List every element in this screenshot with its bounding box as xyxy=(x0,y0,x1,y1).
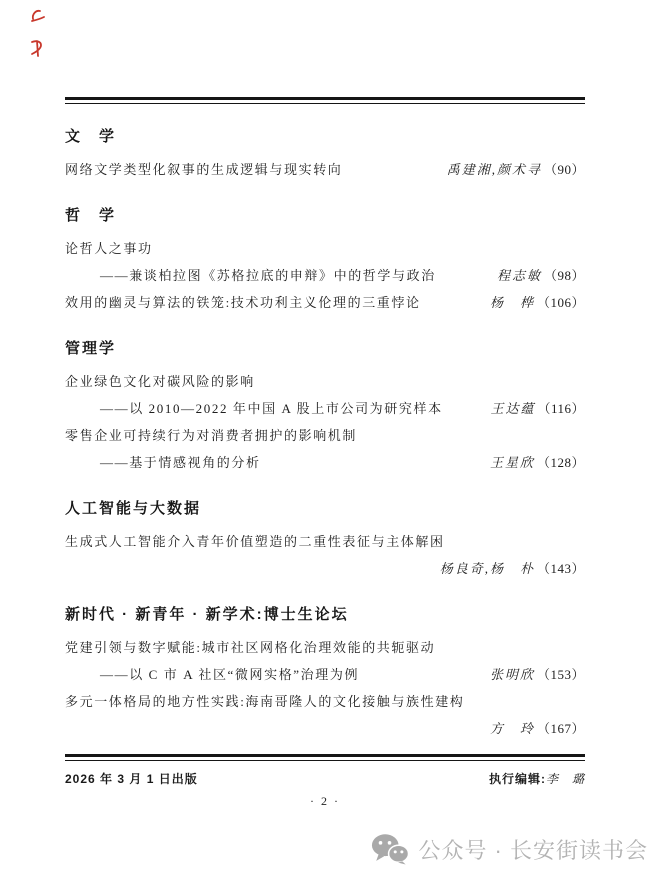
entry-title: 网络文学类型化叙事的生成逻辑与现实转向 xyxy=(65,156,342,183)
toc-entry: 杨良奇,杨 朴（143） xyxy=(65,555,585,582)
entry-byline: 方 玲（167） xyxy=(490,715,585,742)
entry-subtitle: ——以 C 市 A 社区“微网实格”治理为例 xyxy=(65,661,359,688)
entry-page-number: （167） xyxy=(537,721,585,736)
section-heading: 哲 学 xyxy=(65,205,585,227)
toc-entry: ——基于情感视角的分析 王星欣（128） xyxy=(65,449,585,476)
page-number: · 2 · xyxy=(65,794,585,809)
entry-page-number: （116） xyxy=(537,401,585,416)
toc-entry: 零售企业可持续行为对消费者拥护的影响机制 xyxy=(65,422,585,449)
entry-byline: 杨良奇,杨 朴（143） xyxy=(440,555,585,582)
editor-name: 李 璐 xyxy=(546,772,585,786)
top-divider xyxy=(65,97,585,104)
wechat-icon xyxy=(371,833,409,865)
red-annotation-mark xyxy=(28,39,46,63)
toc-entry: ——以 2010—2022 年中国 A 股上市公司为研究样本 王达蕴（116） xyxy=(65,395,585,422)
toc-page: 文 学 网络文学类型化叙事的生成逻辑与现实转向 禹建湘,颜术寻（90） 哲 学 … xyxy=(65,97,585,809)
entry-authors: 张明欣 xyxy=(490,667,535,682)
entry-byline xyxy=(583,528,585,555)
entry-title: 生成式人工智能介入青年价值塑造的二重性表征与主体解困 xyxy=(65,528,445,555)
entry-authors: 杨良奇,杨 朴 xyxy=(440,561,535,576)
entry-byline: 禹建湘,颜术寻（90） xyxy=(447,156,585,183)
entry-authors: 王达蕴 xyxy=(490,401,535,416)
executive-editor: 执行编辑:李 璐 xyxy=(489,770,585,787)
entry-byline: 张明欣（153） xyxy=(490,661,585,688)
publish-date: 2026 年 3 月 1 日出版 xyxy=(65,770,198,787)
entry-subtitle: ——兼谈柏拉图《苏格拉底的申辩》中的哲学与政治 xyxy=(65,262,436,289)
toc-section-management: 管理学 企业绿色文化对碳风险的影响 ——以 2010—2022 年中国 A 股上… xyxy=(65,338,585,476)
entry-page-number: （98） xyxy=(544,268,585,283)
entry-page-number: （106） xyxy=(537,295,585,310)
entry-authors: 程志敏 xyxy=(497,268,542,283)
toc-entry: 生成式人工智能介入青年价值塑造的二重性表征与主体解困 xyxy=(65,528,585,555)
toc-section-literature: 文 学 网络文学类型化叙事的生成逻辑与现实转向 禹建湘,颜术寻（90） xyxy=(65,126,585,183)
toc-entry: 多元一体格局的地方性实践:海南哥隆人的文化接触与族性建构 xyxy=(65,688,585,715)
entry-authors: 杨 桦 xyxy=(490,295,535,310)
watermark: 公众号 · 长安街读书会 xyxy=(371,833,648,865)
toc-entry: ——以 C 市 A 社区“微网实格”治理为例 张明欣（153） xyxy=(65,661,585,688)
toc-entry: 网络文学类型化叙事的生成逻辑与现实转向 禹建湘,颜术寻（90） xyxy=(65,156,585,183)
entry-authors: 方 玲 xyxy=(490,721,535,736)
entry-title: 企业绿色文化对碳风险的影响 xyxy=(65,368,255,395)
toc-entry: ——兼谈柏拉图《苏格拉底的申辩》中的哲学与政治 程志敏（98） xyxy=(65,262,585,289)
toc-entry: 论哲人之事功 xyxy=(65,235,585,262)
entry-page-number: （153） xyxy=(537,667,585,682)
entry-byline: 王星欣（128） xyxy=(490,449,585,476)
section-heading: 人工智能与大数据 xyxy=(65,498,585,520)
entry-byline xyxy=(583,688,585,715)
entry-byline xyxy=(583,368,585,395)
entry-subtitle: ——基于情感视角的分析 xyxy=(65,449,261,476)
section-heading: 新时代 · 新青年 · 新学术:博士生论坛 xyxy=(65,604,585,626)
entry-title: 效用的幽灵与算法的铁笼:技术功利主义伦理的三重悖论 xyxy=(65,289,421,316)
entry-title: 论哲人之事功 xyxy=(65,235,153,262)
entry-subtitle: ——以 2010—2022 年中国 A 股上市公司为研究样本 xyxy=(65,395,443,422)
entry-byline xyxy=(583,634,585,661)
entry-byline xyxy=(583,422,585,449)
bottom-divider xyxy=(65,754,585,761)
entry-authors: 禹建湘,颜术寻 xyxy=(447,162,542,177)
entry-page-number: （128） xyxy=(537,455,585,470)
footer: 2026 年 3 月 1 日出版 执行编辑:李 璐 xyxy=(65,770,585,787)
entry-page-number: （90） xyxy=(544,162,585,177)
section-heading: 文 学 xyxy=(65,126,585,148)
editor-label: 执行编辑: xyxy=(489,772,546,786)
toc-section-philosophy: 哲 学 论哲人之事功 ——兼谈柏拉图《苏格拉底的申辩》中的哲学与政治 程志敏（9… xyxy=(65,205,585,316)
entry-page-number: （143） xyxy=(537,561,585,576)
entry-title: 多元一体格局的地方性实践:海南哥隆人的文化接触与族性建构 xyxy=(65,688,464,715)
entry-title: 党建引领与数字赋能:城市社区网格化治理效能的共轭驱动 xyxy=(65,634,435,661)
toc-entry: 效用的幽灵与算法的铁笼:技术功利主义伦理的三重悖论 杨 桦（106） xyxy=(65,289,585,316)
watermark-text: 公众号 · 长安街读书会 xyxy=(418,834,648,865)
entry-title: 零售企业可持续行为对消费者拥护的影响机制 xyxy=(65,422,357,449)
section-heading: 管理学 xyxy=(65,338,585,360)
toc-entry: 企业绿色文化对碳风险的影响 xyxy=(65,368,585,395)
red-annotation-mark xyxy=(30,8,46,28)
entry-byline xyxy=(583,235,585,262)
toc-entry: 方 玲（167） xyxy=(65,715,585,742)
toc-section-phd-forum: 新时代 · 新青年 · 新学术:博士生论坛 党建引领与数字赋能:城市社区网格化治… xyxy=(65,604,585,742)
entry-byline: 杨 桦（106） xyxy=(490,289,585,316)
entry-byline: 程志敏（98） xyxy=(497,262,585,289)
toc-section-ai-bigdata: 人工智能与大数据 生成式人工智能介入青年价值塑造的二重性表征与主体解困 杨良奇,… xyxy=(65,498,585,582)
toc-entry: 党建引领与数字赋能:城市社区网格化治理效能的共轭驱动 xyxy=(65,634,585,661)
entry-authors: 王星欣 xyxy=(490,455,535,470)
entry-byline: 王达蕴（116） xyxy=(490,395,585,422)
